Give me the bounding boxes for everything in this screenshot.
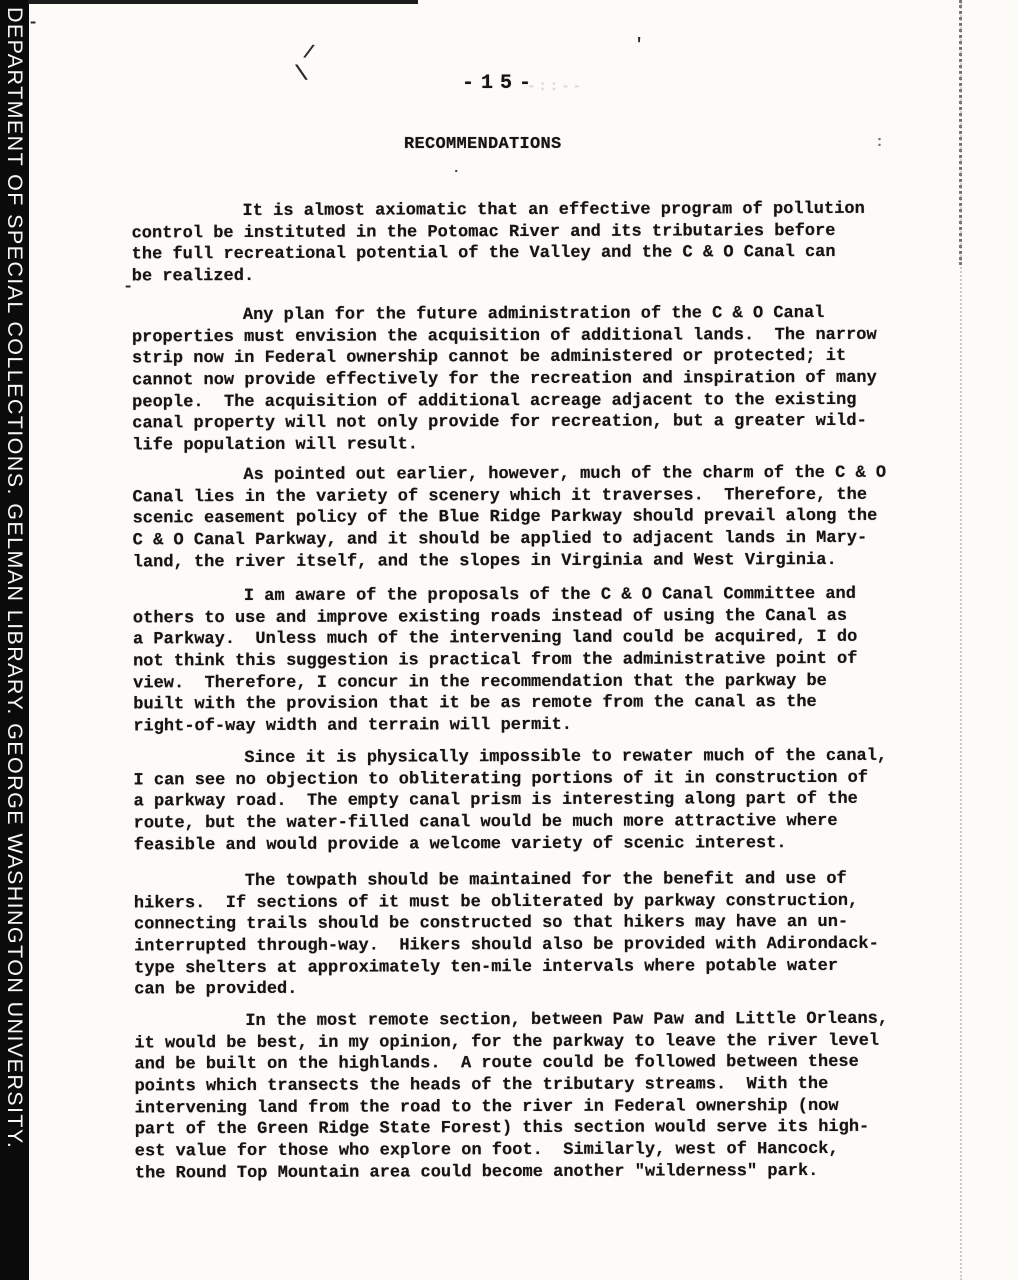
fold-crease-line-top xyxy=(959,0,962,265)
text-line: control be instituted in the Potomac Riv… xyxy=(132,220,922,244)
text-line: cannot now provide effectively for the r… xyxy=(132,368,922,392)
text-line: part of the Green Ridge State Forest) th… xyxy=(135,1117,925,1141)
text-line: the Round Top Mountain area could become… xyxy=(135,1160,925,1184)
text-line: interrupted through-way. Hikers should a… xyxy=(134,934,924,958)
text-line: land, the river itself, and the slopes i… xyxy=(133,549,923,573)
text-line: It is almost axiomatic that an effective… xyxy=(131,199,921,223)
scan-artifact: - xyxy=(28,14,38,33)
text-line: right-of-way width and terrain will perm… xyxy=(133,714,923,738)
text-line: a parkway road. The empty canal prism is… xyxy=(134,789,924,813)
text-line: canal property will not only provide for… xyxy=(132,411,922,435)
paragraph: Any plan for the future administration o… xyxy=(132,303,923,458)
text-line: I can see no objection to obliterating p… xyxy=(133,767,923,791)
document-body: It is almost axiomatic that an effective… xyxy=(131,0,925,1280)
text-line: and be built on the highlands. A route c… xyxy=(134,1052,924,1076)
text-line: the full recreational potential of the V… xyxy=(132,242,922,266)
text-line: feasible and would provide a welcome var… xyxy=(134,832,924,856)
text-line: people. The acquisition of additional ac… xyxy=(132,389,922,413)
text-line: route, but the water-filled canal would … xyxy=(134,811,924,835)
text-line: others to use and improve existing roads… xyxy=(133,605,923,629)
text-line: properties must envision the acquisition… xyxy=(132,324,922,348)
paragraph: In the most remote section, between Paw … xyxy=(134,1009,925,1185)
archive-stamp-text: DEPARTMENT OF SPECIAL COLLECTIONS. GELMA… xyxy=(1,7,28,1280)
archive-stamp-strip: DEPARTMENT OF SPECIAL COLLECTIONS. GELMA… xyxy=(0,0,29,1280)
text-line: est value for those who explore on foot.… xyxy=(135,1139,925,1163)
text-line: be realized. xyxy=(132,264,922,288)
text-line: a Parkway. Unless much of the intervenin… xyxy=(133,627,923,651)
text-line: it would be best, in my opinion, for the… xyxy=(134,1030,924,1054)
text-line: points which transects the heads of the … xyxy=(135,1074,925,1098)
text-line: not think this suggestion is practical f… xyxy=(133,649,923,673)
paragraph: Since it is physically impossible to rew… xyxy=(133,746,923,857)
text-line: hikers. If sections of it must be oblite… xyxy=(134,890,924,914)
text-line: Any plan for the future administration o… xyxy=(132,303,922,327)
paragraph: The towpath should be maintained for the… xyxy=(134,869,924,1002)
text-line: intervening land from the road to the ri… xyxy=(135,1095,925,1119)
text-line: life population will result. xyxy=(132,433,922,457)
text-line: I am aware of the proposals of the C & O… xyxy=(133,584,923,608)
text-line: view. Therefore, I concur in the recomme… xyxy=(133,670,923,694)
text-line: built with the provision that it be as r… xyxy=(133,692,923,716)
text-line: connecting trails should be constructed … xyxy=(134,912,924,936)
text-line: type shelters at approximately ten-mile … xyxy=(134,955,924,979)
text-line: Canal lies in the variety of scenery whi… xyxy=(132,484,922,508)
text-line: C & O Canal Parkway, and it should be ap… xyxy=(133,528,923,552)
text-line: As pointed out earlier, however, much of… xyxy=(132,463,922,487)
paragraph: I am aware of the proposals of the C & O… xyxy=(133,584,924,739)
text-line: Since it is physically impossible to rew… xyxy=(133,746,923,770)
text-line: scenic easement policy of the Blue Ridge… xyxy=(133,506,923,530)
text-line: The towpath should be maintained for the… xyxy=(134,869,924,893)
paragraph: It is almost axiomatic that an effective… xyxy=(131,199,921,289)
text-line: strip now in Federal ownership cannot be… xyxy=(132,346,922,370)
text-line: can be provided. xyxy=(134,977,924,1001)
text-line: In the most remote section, between Paw … xyxy=(134,1009,924,1033)
paragraph: As pointed out earlier, however, much of… xyxy=(132,463,922,574)
scanned-document-page: DEPARTMENT OF SPECIAL COLLECTIONS. GELMA… xyxy=(0,0,1017,1280)
